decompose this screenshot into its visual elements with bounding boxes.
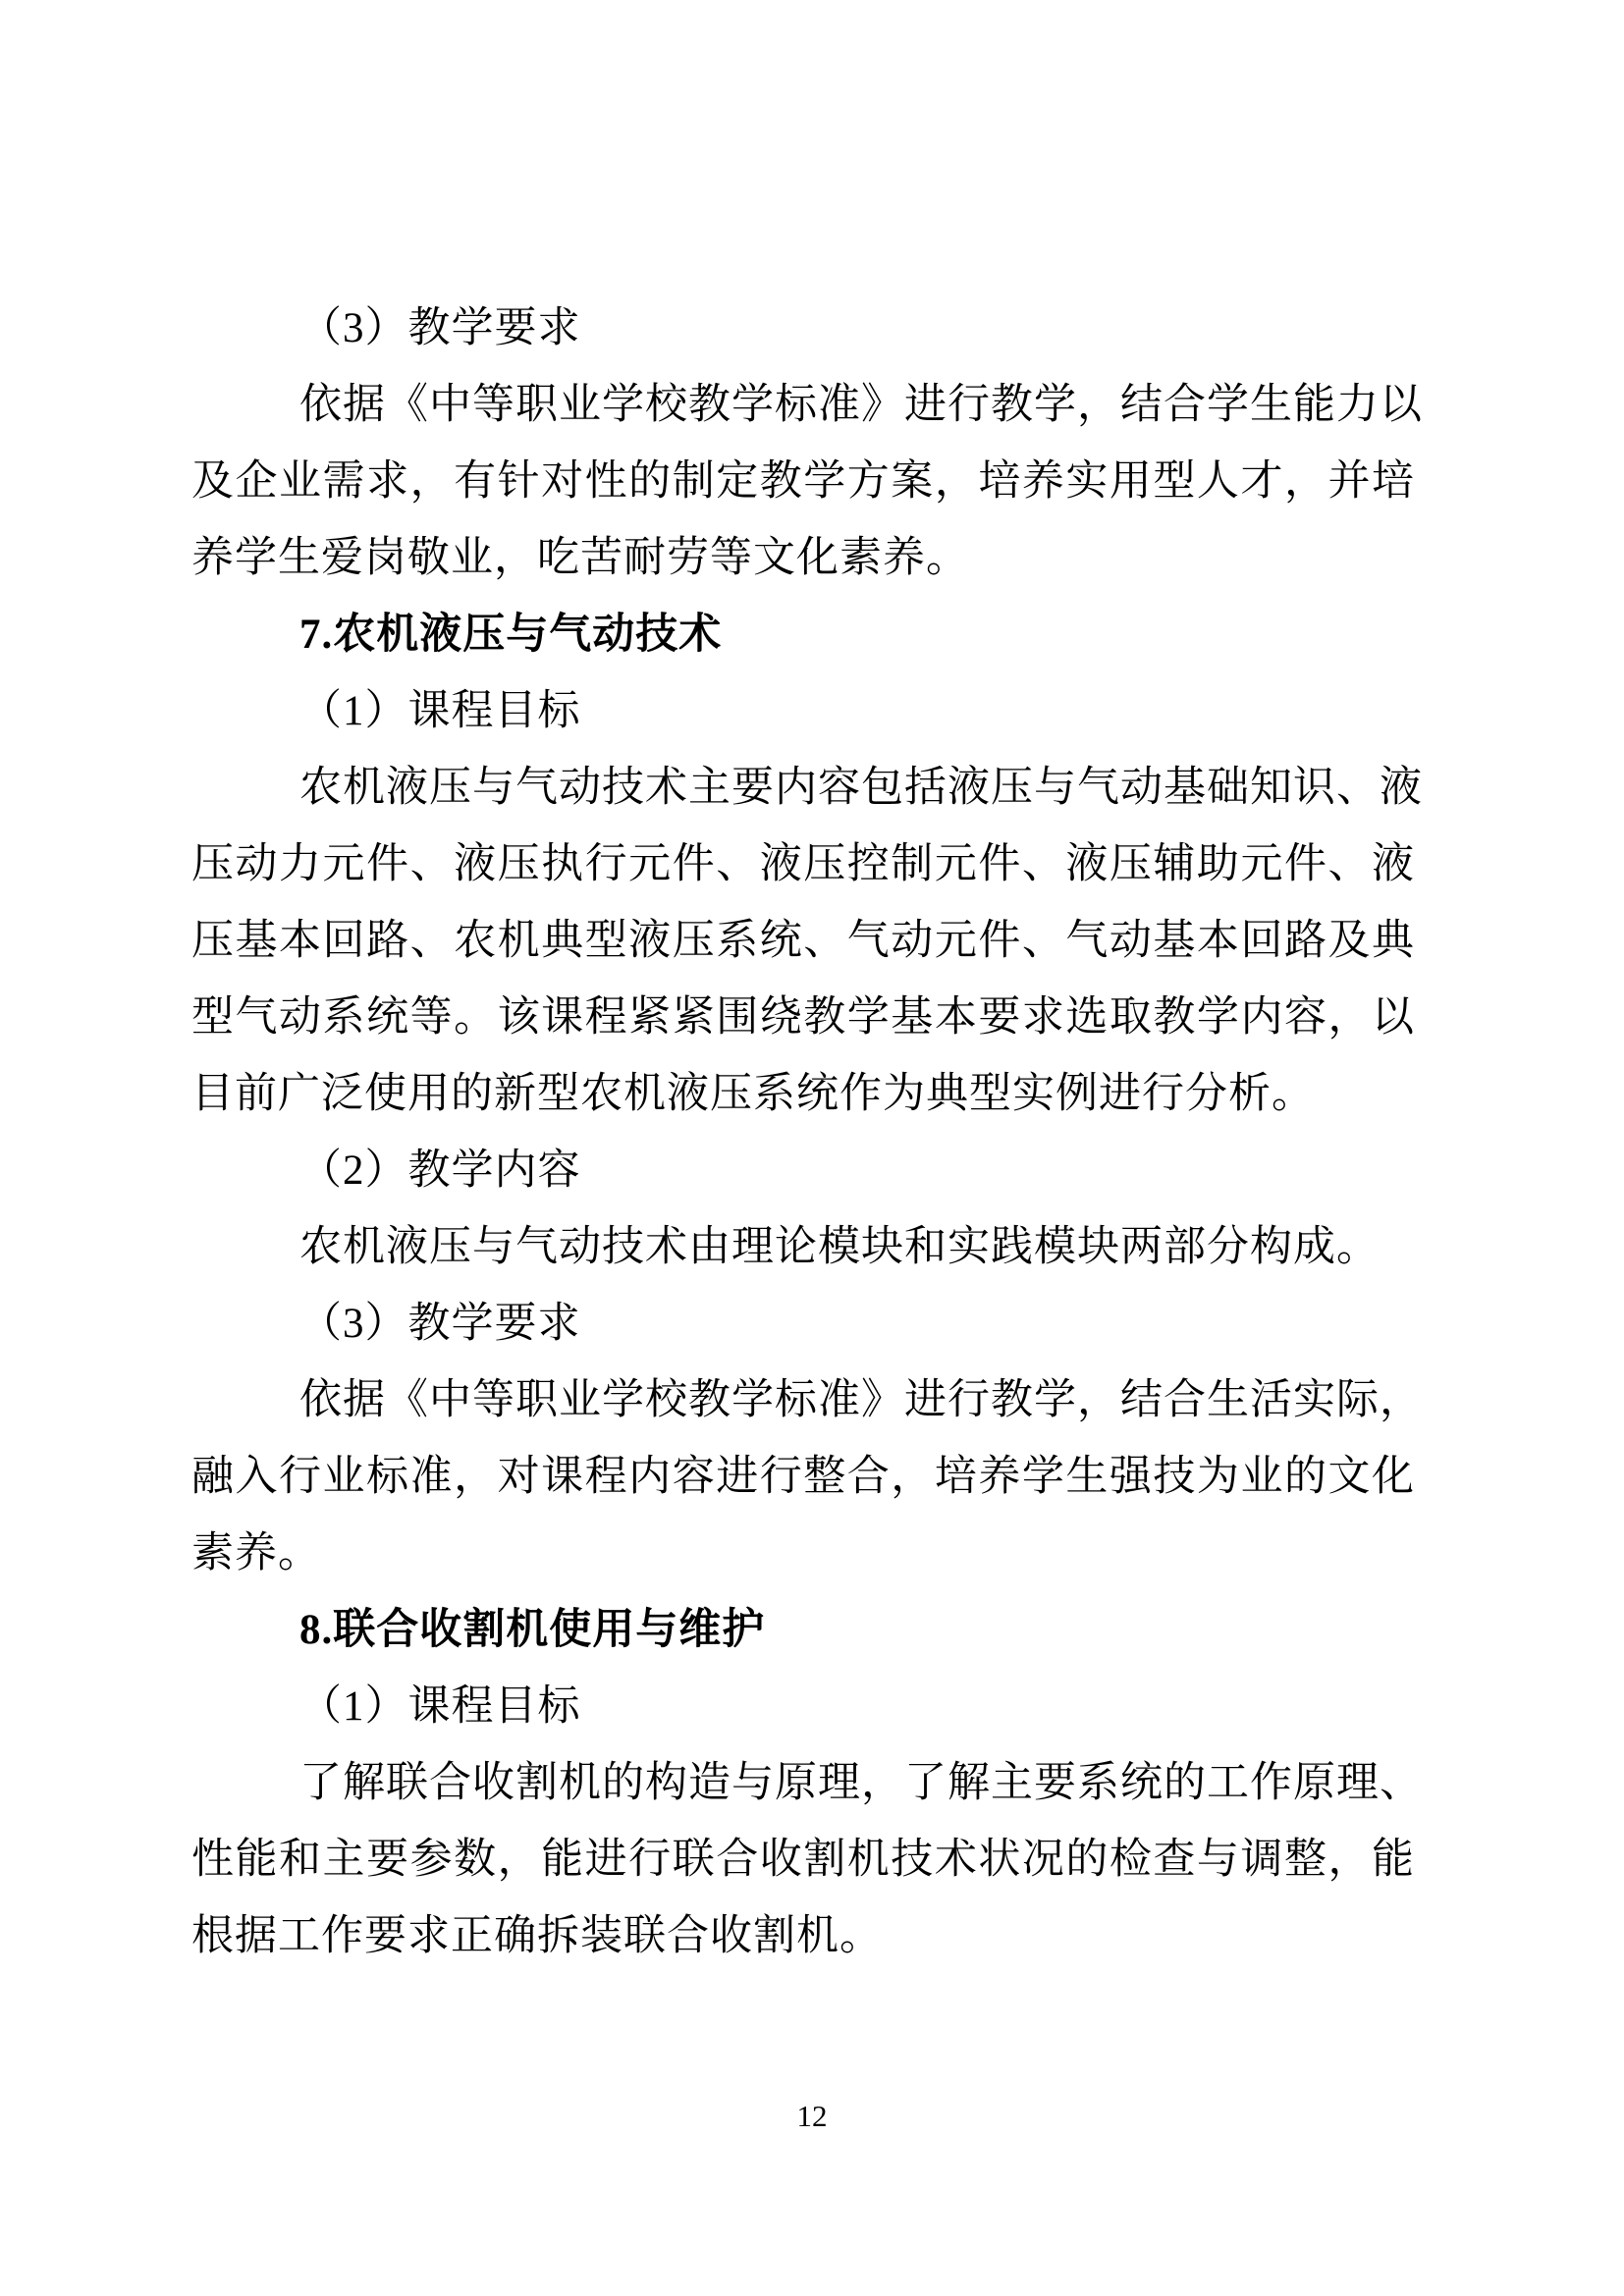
- paragraph-line: 依据《中等职业学校教学标准》进行教学，结合学生能力以: [191, 367, 1415, 444]
- paragraph-line: 依据《中等职业学校教学标准》进行教学，结合生活实际，: [191, 1362, 1415, 1439]
- paragraph-line: 及企业需求，有针对性的制定教学方案，培养实用型人才，并培: [191, 444, 1415, 520]
- document-body: （3）教学要求依据《中等职业学校教学标准》进行教学，结合学生能力以及企业需求，有…: [191, 291, 1415, 1975]
- page-footer: 12: [0, 2099, 1624, 2134]
- document-page: （3）教学要求依据《中等职业学校教学标准》进行教学，结合学生能力以及企业需求，有…: [0, 0, 1624, 2296]
- paragraph-line: 素养。: [191, 1516, 1415, 1592]
- paragraph-line: 型气动系统等。该课程紧紧围绕教学基本要求选取教学内容，以: [191, 980, 1415, 1056]
- paragraph-line: 压动力元件、液压执行元件、液压控制元件、液压辅助元件、液: [191, 827, 1415, 903]
- paragraph-line: 农机液压与气动技术主要内容包括液压与气动基础知识、液: [191, 750, 1415, 827]
- section-heading: 7.农机液压与气动技术: [191, 597, 1415, 673]
- paragraph-line: 压基本回路、农机典型液压系统、气动元件、气动基本回路及典: [191, 903, 1415, 980]
- paragraph-line: 融入行业标准，对课程内容进行整合，培养学生强技为业的文化: [191, 1439, 1415, 1516]
- paragraph-line: 性能和主要参数，能进行联合收割机技术状况的检查与调整，能: [191, 1822, 1415, 1898]
- paragraph-line: 根据工作要求正确拆装联合收割机。: [191, 1898, 1415, 1975]
- sub-heading-line: （1）课程目标: [191, 1669, 1415, 1745]
- paragraph-line: 农机液压与气动技术由理论模块和实践模块两部分构成。: [191, 1209, 1415, 1286]
- sub-heading-line: （1）课程目标: [191, 673, 1415, 750]
- sub-heading-line: （3）教学要求: [191, 291, 1415, 367]
- page-number: 12: [797, 2099, 828, 2133]
- paragraph-line: 目前广泛使用的新型农机液压系统作为典型实例进行分析。: [191, 1056, 1415, 1133]
- sub-heading-line: （2）教学内容: [191, 1133, 1415, 1209]
- sub-heading-line: （3）教学要求: [191, 1286, 1415, 1362]
- paragraph-line: 了解联合收割机的构造与原理，了解主要系统的工作原理、: [191, 1745, 1415, 1822]
- section-heading: 8.联合收割机使用与维护: [191, 1592, 1415, 1669]
- paragraph-line: 养学生爱岗敬业，吃苦耐劳等文化素养。: [191, 520, 1415, 597]
